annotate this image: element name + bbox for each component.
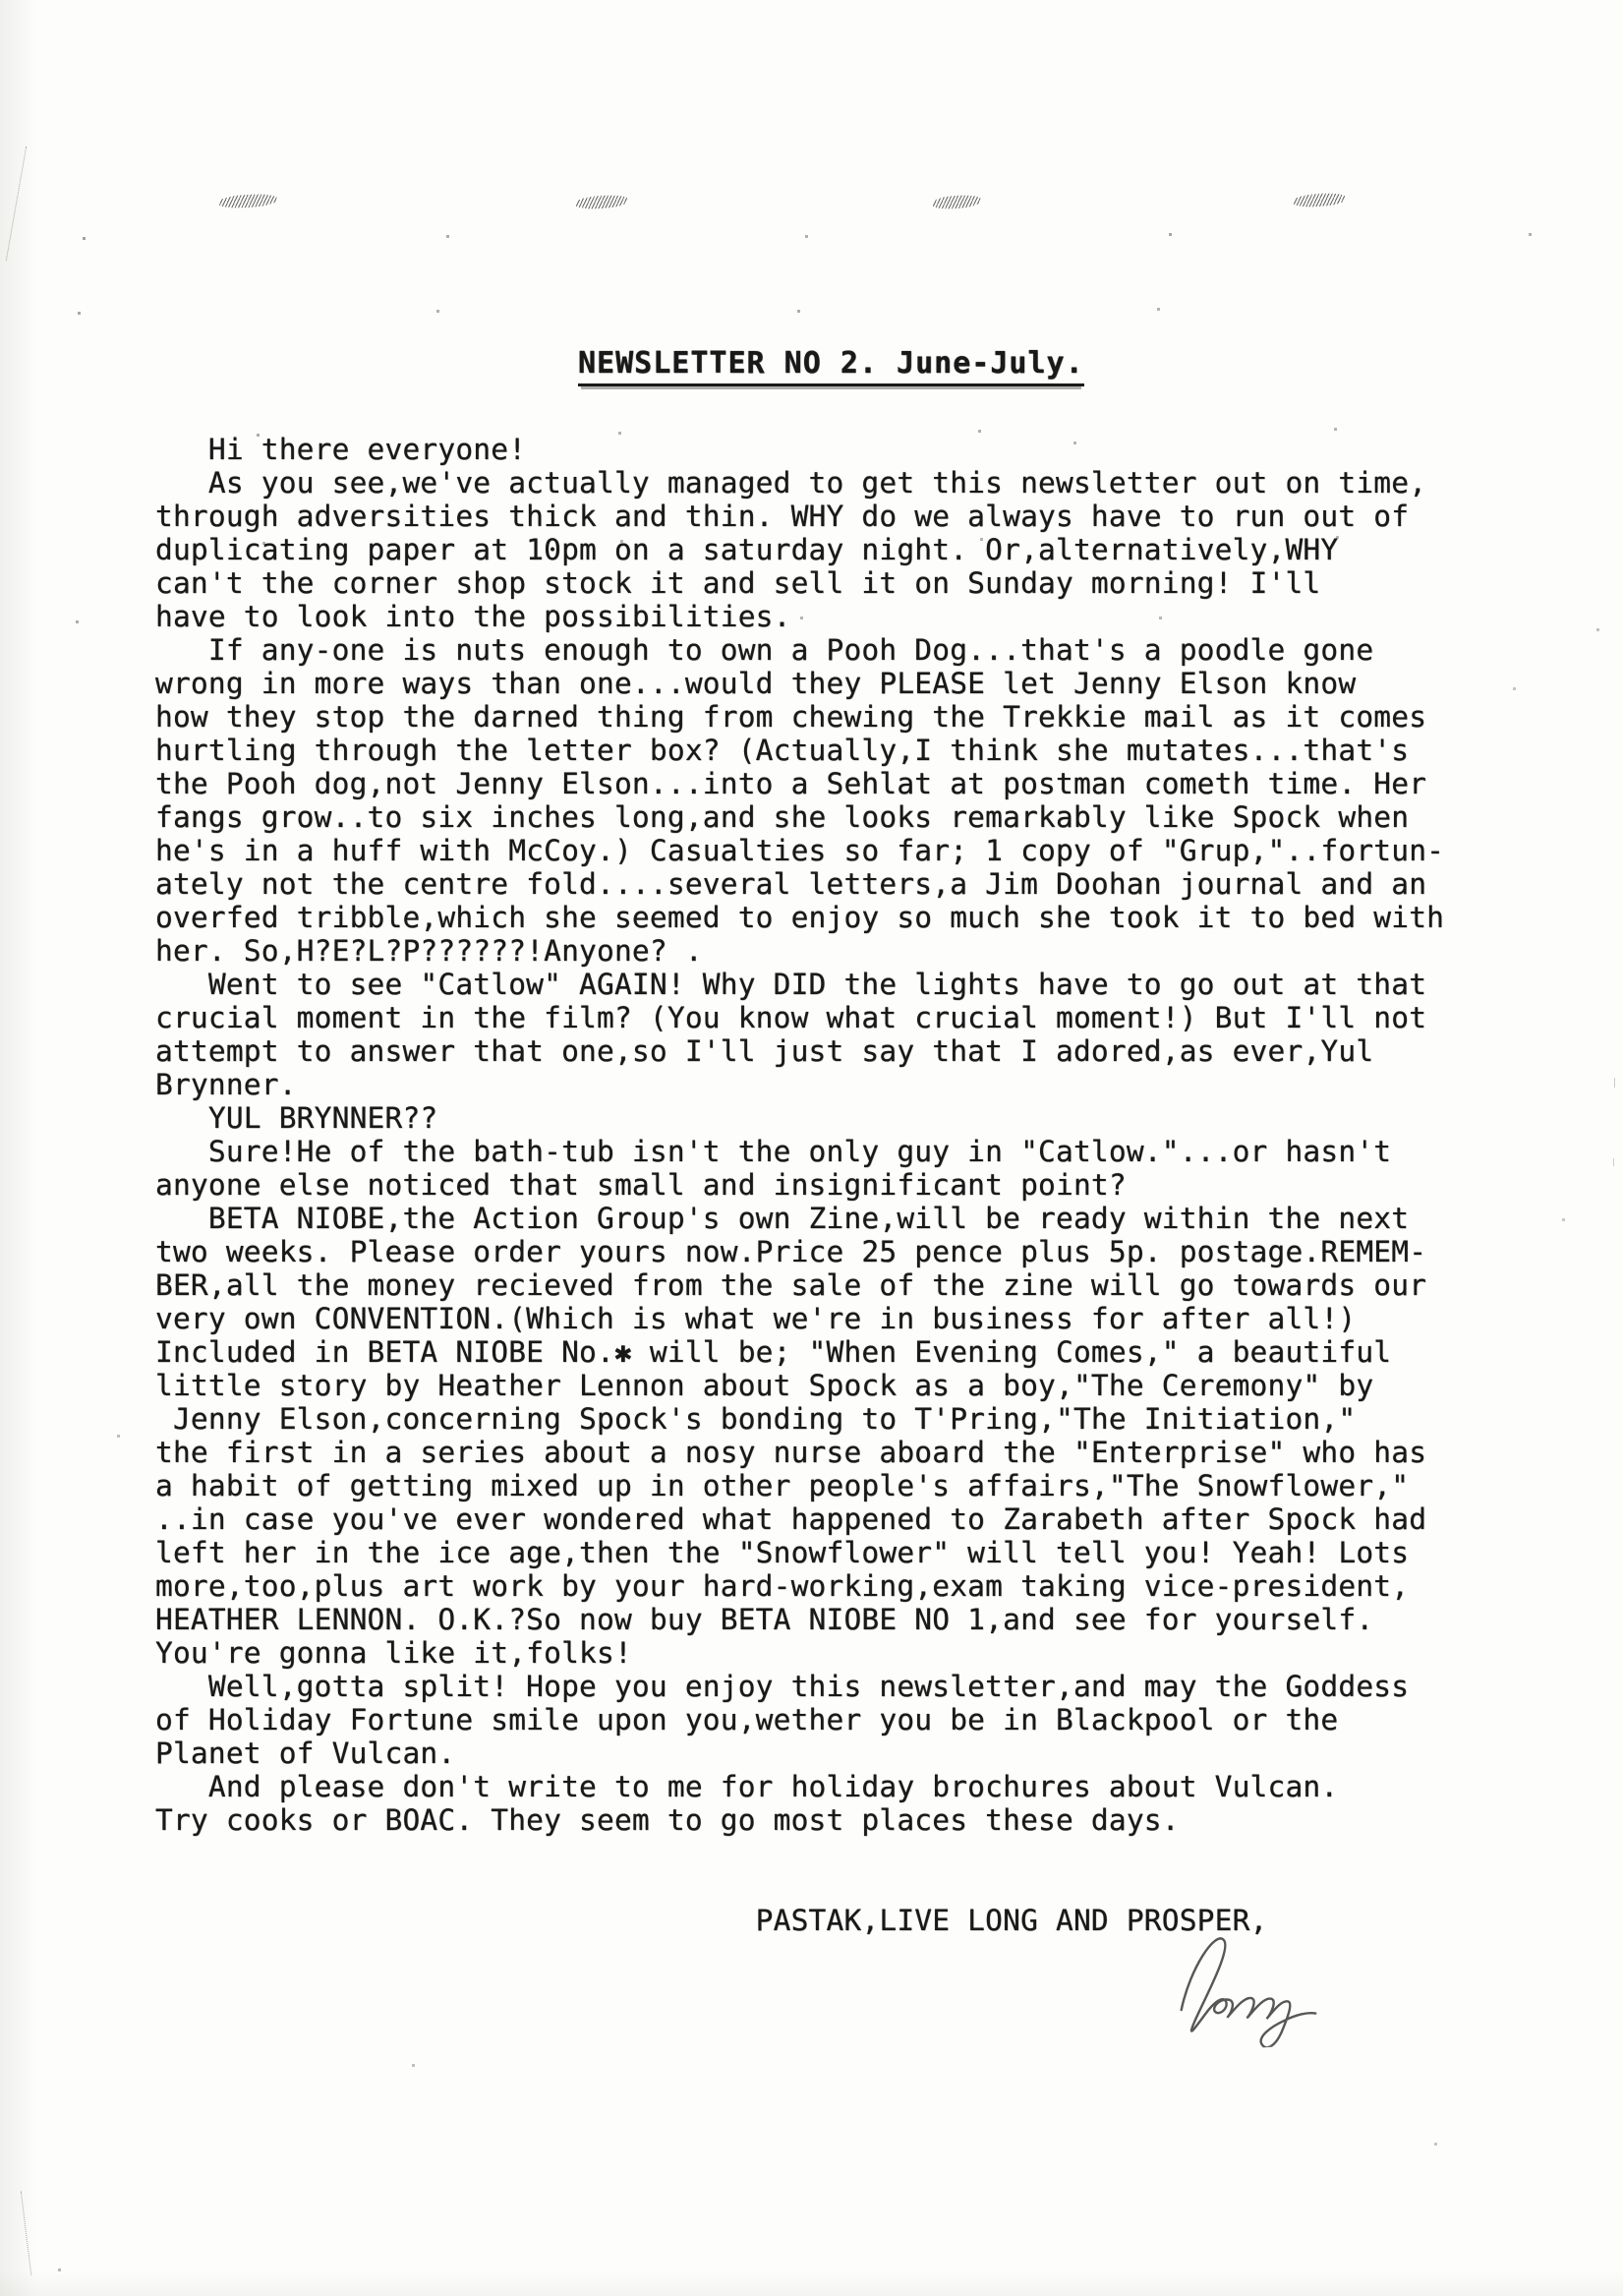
scan-specks xyxy=(0,0,1,1)
page-edge-mark xyxy=(6,147,27,261)
page-edge-mark xyxy=(1613,1158,1614,1166)
scan-smudge xyxy=(216,193,278,208)
page-title: NEWSLETTER NO 2. June-July. xyxy=(578,346,1084,386)
scan-smudge xyxy=(573,194,629,209)
handwritten-signature-jenny xyxy=(1154,1912,1379,2054)
page-edge-mark xyxy=(1614,1078,1615,1088)
page-edge-mark xyxy=(21,2191,31,2274)
document-page: NEWSLETTER NO 2. June-July. Hi there eve… xyxy=(0,0,1623,2296)
newsletter-body-text: Hi there everyone! As you see,we've actu… xyxy=(155,433,1444,1937)
scan-smudge xyxy=(930,195,982,210)
scan-smudge xyxy=(1291,192,1347,207)
